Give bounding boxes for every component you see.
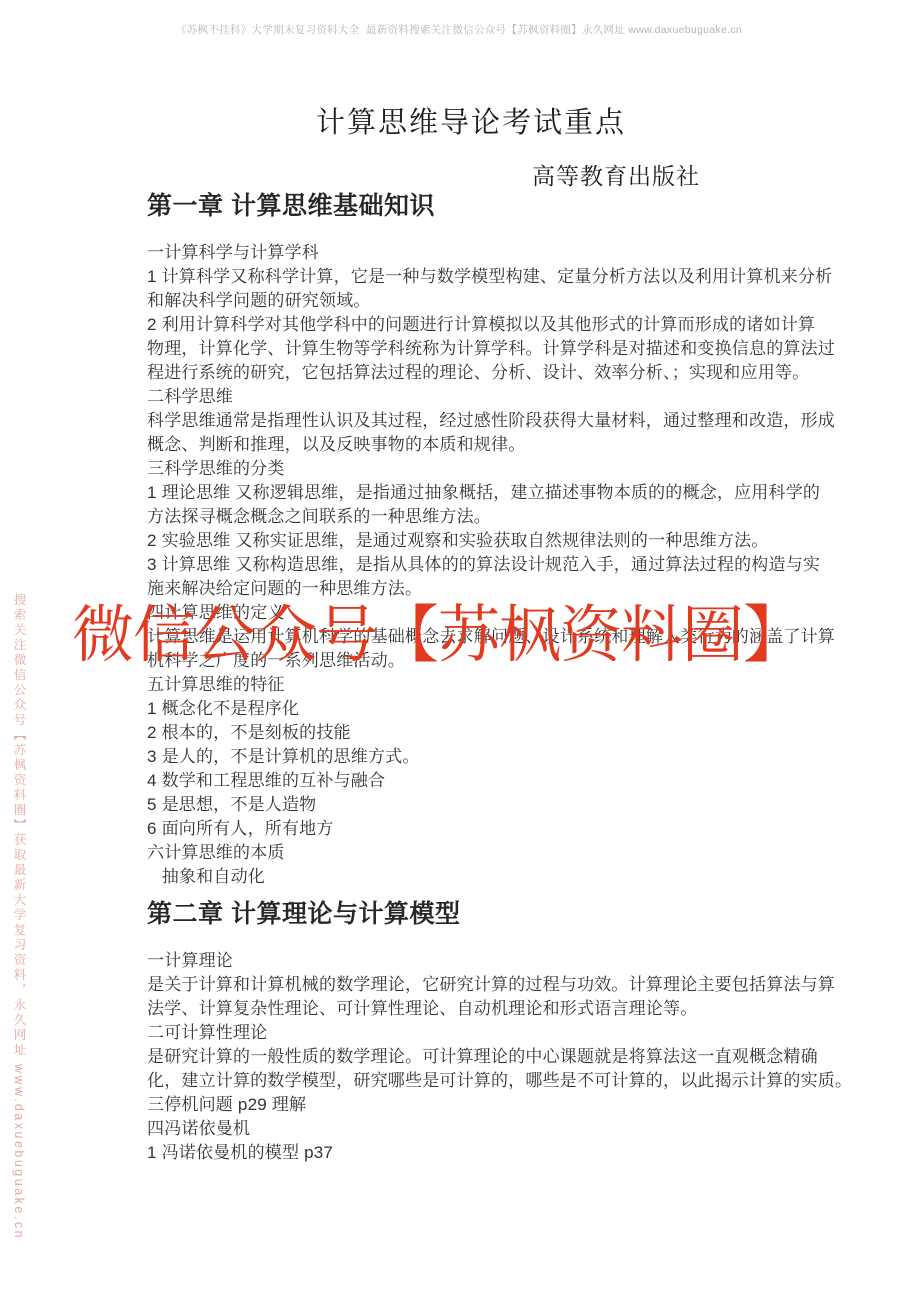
red-overlay-watermark: 微信公众号【苏枫资料圈】 <box>72 596 804 676</box>
header-note: 《苏枫不挂科》大学期末复习资料大全 最新资料搜索关注微信公众号【苏枫资料圈】永久… <box>0 22 918 37</box>
document-line: 五计算思维的特征 <box>147 673 795 697</box>
document-line: 一计算理论 <box>147 949 795 973</box>
document-page: 《苏枫不挂科》大学期末复习资料大全 最新资料搜索关注微信公众号【苏枫资料圈】永久… <box>0 0 918 1298</box>
document-line: 是研究计算的一般性质的数学理论。可计算理论的中心课题就是将算法这一直观概念精确 <box>147 1045 795 1069</box>
document-line: 化，建立计算的数学模型，研究哪些是可计算的，哪些是不可计算的，以此揭示计算的实质… <box>147 1069 795 1093</box>
chapter-heading: 第二章 计算理论与计算模型 <box>147 899 795 929</box>
document-line: 法学、计算复杂性理论、可计算性理论、自动机理论和形式语言理论等。 <box>147 997 795 1021</box>
document-line: 1 概念化不是程序化 <box>147 697 795 721</box>
side-vertical-watermark: 搜索关注微信公众号【苏枫资料圈】获取最新大学复习资料，永久网址 www.daxu… <box>10 593 28 1193</box>
document-line: 三停机问题 p29 理解 <box>147 1093 795 1117</box>
chapters-container: 第一章 计算思维基础知识一计算科学与计算学科1 计算科学又称科学计算，它是一种与… <box>147 191 795 1165</box>
document-line: 物理，计算化学、计算生物等学科统称为计算学科。计算学科是对描述和变换信息的算法过 <box>147 337 795 361</box>
document-line: 四冯诺依曼机 <box>147 1117 795 1141</box>
document-title: 计算思维导论考试重点 <box>147 100 795 141</box>
document-line: 1 计算科学又称科学计算，它是一种与数学模型构建、定量分析方法以及利用计算机来分… <box>147 265 795 289</box>
chapter-heading: 第一章 计算思维基础知识 <box>147 191 795 221</box>
publisher-line: 高等教育出版社 <box>147 158 795 191</box>
document-line: 概念、判断和推理，以及反映事物的本质和规律。 <box>147 433 795 457</box>
document-line: 1 冯诺依曼机的模型 p37 <box>147 1141 795 1165</box>
document-line: 2 实验思维 又称实证思维，是通过观察和实验获取自然规律法则的一种思维方法。 <box>147 529 795 553</box>
document-line: 三科学思维的分类 <box>147 457 795 481</box>
document-line: 一计算科学与计算学科 <box>147 241 795 265</box>
document-line: 六计算思维的本质 <box>147 841 795 865</box>
document-line: 二科学思维 <box>147 385 795 409</box>
document-line: 5 是思想，不是人造物 <box>147 793 795 817</box>
document-line: 二可计算性理论 <box>147 1021 795 1045</box>
document-line: 方法探寻概念概念之间联系的一种思维方法。 <box>147 505 795 529</box>
document-line: 抽象和自动化 <box>147 865 795 889</box>
document-line: 和解决科学问题的研究领域。 <box>147 289 795 313</box>
document-line: 是关于计算和计算机械的数学理论，它研究计算的过程与功效。计算理论主要包括算法与算 <box>147 973 795 997</box>
document-line: 6 面向所有人，所有地方 <box>147 817 795 841</box>
document-line: 2 根本的，不是刻板的技能 <box>147 721 795 745</box>
document-line: 3 是人的，不是计算机的思维方式。 <box>147 745 795 769</box>
document-line: 2 利用计算科学对其他学科中的问题进行计算模拟以及其他形式的计算而形成的诸如计算 <box>147 313 795 337</box>
document-line: 3 计算思维 又称构造思维，是指从具体的的算法设计规范入手，通过算法过程的构造与… <box>147 553 795 577</box>
document-line: 科学思维通常是指理性认识及其过程，经过感性阶段获得大量材料，通过整理和改造，形成 <box>147 409 795 433</box>
document-line: 1 理论思维 又称逻辑思维，是指通过抽象概括，建立描述事物本质的的概念，应用科学… <box>147 481 795 505</box>
document-line: 4 数学和工程思维的互补与融合 <box>147 769 795 793</box>
document-line: 程进行系统的研究，它包括算法过程的理论、分析、设计、效率分析、；实现和应用等。 <box>147 361 795 385</box>
